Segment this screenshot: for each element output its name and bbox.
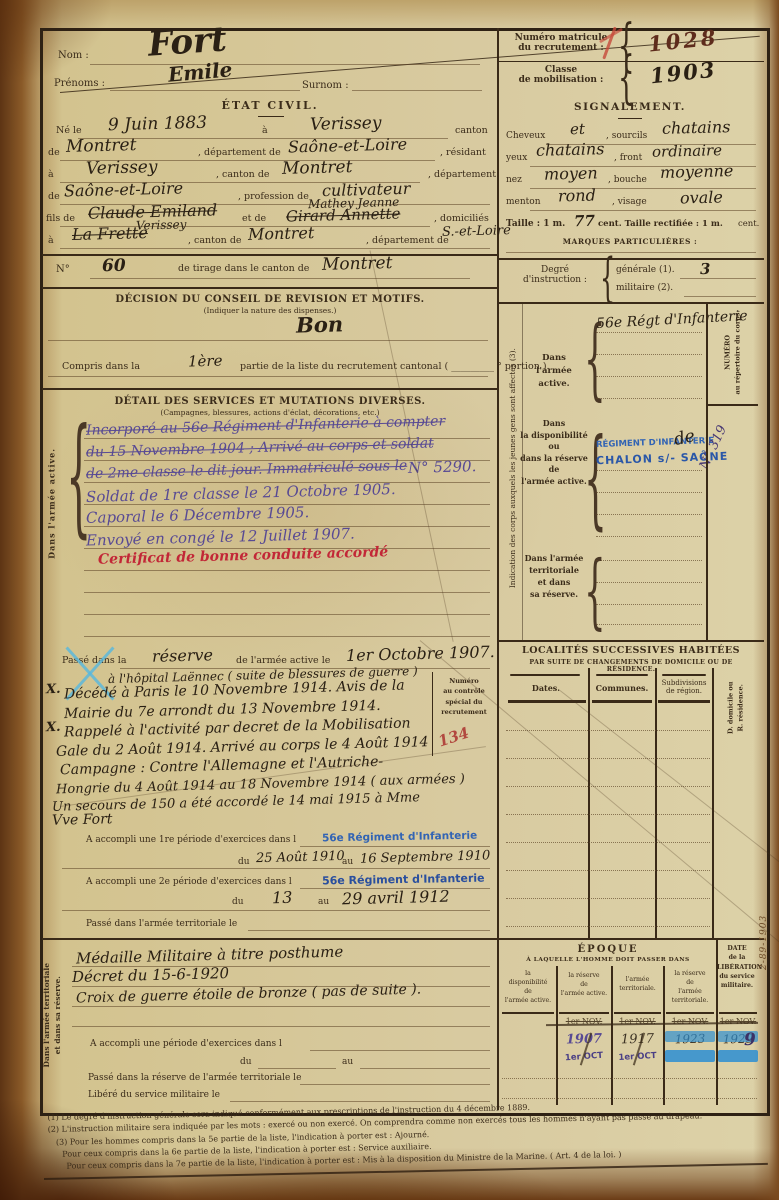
x-mark: X. [46, 682, 61, 697]
printed-date-nov: 1er NOV. [559, 1018, 609, 1027]
departement-value: S.-et-Loire [442, 223, 511, 240]
section-divider [499, 938, 764, 940]
yeux-label: yeux [506, 154, 527, 164]
rule-line [596, 560, 702, 561]
cheveux-value: et [570, 120, 585, 138]
fils-de-label: fils de [46, 214, 75, 224]
rule-line [90, 278, 470, 279]
rule-line [60, 248, 490, 249]
rule-line [110, 90, 300, 91]
a-label: à [48, 170, 54, 180]
canton-value: Montret [66, 135, 137, 157]
du-label: du [232, 898, 244, 908]
yeux-value: chatains [536, 139, 605, 160]
title-dash [258, 116, 284, 117]
epoque-header-underline [719, 1012, 757, 1014]
rule-line [596, 604, 702, 605]
rule-line [360, 1068, 490, 1069]
rule-line [596, 470, 702, 471]
passe-reserve-value: réserve [152, 645, 213, 666]
section-divider [499, 640, 764, 642]
sourcils-value: chatains [662, 117, 731, 138]
epoque-header-underline [666, 1012, 714, 1014]
front-label: , front [614, 154, 642, 164]
brace-decoration: { [584, 544, 606, 640]
blue-redaction-bar [665, 1031, 715, 1042]
date-liberation-header: DATE de la LIBÉRATION du service militai… [717, 944, 757, 990]
decision-subtitle: (Indiquer la nature des dispenses.) [120, 307, 420, 315]
marques-label: MARQUES PARTICULIÈRES : [540, 238, 720, 246]
classe-label: Classe de mobilisation : [505, 66, 617, 86]
x-mark: X. [46, 720, 61, 735]
rule-line [248, 930, 490, 931]
rule-line [62, 868, 490, 869]
rule-line [230, 1101, 490, 1102]
bouche-value: moyenne [660, 161, 734, 182]
du-label: du [238, 858, 250, 868]
col-dates-header: Dates. [506, 684, 586, 693]
militaire-label: militaire (2). [616, 284, 673, 294]
decision-title: DÉCISION DU CONSEIL DE REVISION ET MOTIF… [70, 294, 470, 305]
rule-line [530, 210, 756, 211]
rule-line [596, 624, 702, 625]
rule-line [84, 592, 490, 593]
epoque-col3-header: l'armée territoriale. [612, 976, 663, 994]
epoque-value: 1917 [614, 1031, 661, 1047]
epoque-header-underline [502, 1012, 554, 1014]
title-dash [618, 118, 642, 119]
numero-col-divider [706, 304, 708, 640]
epoque-header-underline [614, 1012, 661, 1014]
mother-name-struck: Girard Annette [286, 205, 401, 226]
rule-line [596, 398, 702, 399]
compris-value: 1ère [188, 352, 223, 371]
departement-value: Saône-et-Loire [288, 134, 408, 156]
instruction-label: Degré d'instruction : [510, 266, 600, 286]
passe-reserve-mid: de l'armée active le [236, 656, 330, 666]
table-row-line [506, 898, 710, 899]
rule-line [310, 1050, 490, 1051]
tirage-canton-value: Montret [322, 253, 393, 275]
services-side-label: Dans l'armée active. [48, 423, 57, 583]
rule-line [72, 1006, 490, 1007]
scanned-military-record: { "colors": {"paper":"#d3c491","ink":"#2… [0, 0, 779, 1200]
header-underline [658, 700, 710, 703]
compris-pre: Compris dans la [62, 362, 140, 372]
tirage-text: de tirage dans le canton de [178, 264, 309, 274]
section-divider [42, 388, 497, 390]
rule-line [258, 1068, 336, 1069]
numero-tirage-label: N° [56, 264, 70, 275]
blue-redaction-bar [665, 1050, 715, 1062]
periode-t-label: A accompli une période d'exercices dans … [90, 1040, 282, 1050]
nom-label: Nom : [58, 50, 89, 61]
passe-territoriale-label: Passé dans l'armée territoriale le [86, 920, 237, 930]
table-row-line [502, 1098, 757, 1099]
table-row-line [506, 786, 710, 787]
corps-active-label: Dans l'armée active. [524, 352, 584, 390]
rule-line [300, 846, 490, 847]
epoque-col4-header: la réserve de l'armée territoriale. [664, 970, 716, 1006]
generale-value: 3 [700, 260, 711, 278]
death-line: Vve Fort [52, 811, 113, 829]
birth-place: Verissey [310, 113, 382, 135]
rule-line [84, 636, 490, 637]
nez-value: moyen [544, 163, 598, 183]
menton-label: menton [506, 198, 541, 208]
table-row-line [506, 926, 710, 927]
rule-line [506, 252, 756, 253]
table-row-line [506, 842, 710, 843]
bouche-label: , bouche [608, 176, 647, 186]
de-label: de [48, 192, 60, 202]
canton-label: , canton de [188, 236, 242, 246]
epoque-subtitle: À LAQUELLE L'HOMME DOIT PASSER DANS [500, 957, 716, 963]
etat-civil-title: ÉTAT CIVIL. [140, 100, 400, 112]
rule-line [596, 492, 702, 493]
section-divider [42, 287, 497, 289]
periode2-label: A accompli une 2e période d'exercices da… [86, 878, 292, 888]
corps-territoriale-label: Dans l'armée territoriale et dans sa rés… [520, 552, 588, 600]
rule-line [352, 90, 482, 91]
controle-label: Numéro au contrôle spécial du recrutemen… [434, 676, 494, 718]
residence-place: Verissey [86, 157, 158, 179]
periode1-label: A accompli une 1re période d'exercices d… [86, 836, 296, 846]
rule-line [596, 376, 702, 377]
dispo-handwritten: de [672, 426, 697, 450]
canton-label: canton [455, 126, 488, 136]
rule-line [48, 376, 488, 377]
ne-le-label: Né le [56, 126, 82, 136]
blue-redaction-bar [718, 1050, 758, 1062]
epoque-title: ÉPOQUE [500, 944, 716, 955]
residant-label: , résidant [440, 148, 486, 158]
col-communes-header: Communes. [590, 684, 654, 693]
numero-col-footer [706, 404, 758, 406]
generale-label: générale (1). [616, 266, 675, 276]
handwritten-nine: 9 [744, 1030, 756, 1050]
front-value: ordinaire [652, 141, 723, 161]
reserve-t-label: Passé dans la réserve de l'armée territo… [88, 1074, 301, 1084]
epoque-header-underline [559, 1012, 609, 1014]
rule-line [596, 354, 702, 355]
header-rule [510, 674, 580, 676]
rule-line [596, 536, 702, 537]
rule-line [84, 570, 490, 571]
corps-side-label: Indication des corps auxquels les jeunes… [509, 298, 517, 638]
table-row-line [502, 1078, 757, 1079]
taille-value: 77 [574, 212, 595, 231]
au-label: au [342, 858, 353, 868]
cent-label: cent. [738, 220, 759, 229]
rule-line [684, 296, 756, 297]
header-rule [596, 674, 648, 676]
header-underline [592, 700, 652, 703]
departement-value: Saône-et-Loire [64, 178, 184, 200]
table-row-line [506, 758, 710, 759]
rule-line [72, 1026, 490, 1027]
matricule-label: Numéro matricule du recrutement : [505, 34, 617, 54]
surnom-label: Surnom : [302, 80, 349, 91]
table-row-line [506, 814, 710, 815]
header-rule [662, 674, 706, 676]
services-title: DÉTAIL DES SERVICES ET MUTATIONS DIVERSE… [70, 396, 470, 407]
localites-subtitle: PAR SUITE DE CHANGEMENTS DE DOMICILE OU … [506, 660, 756, 674]
section-divider [499, 258, 764, 260]
rule-line [300, 1084, 490, 1085]
libere-label: Libéré du service militaire le [88, 1091, 220, 1101]
localites-title: LOCALITÉS SUCCESSIVES HABITÉES [506, 646, 756, 656]
sourcils-label: , sourcils [606, 132, 647, 142]
nez-label: nez [506, 176, 522, 186]
visage-value: ovale [680, 187, 723, 207]
domicilies-label: , domiciliés [434, 214, 489, 224]
table-row-line [506, 870, 710, 871]
departement-label: , département [428, 170, 496, 180]
du-label: du [240, 1058, 252, 1068]
margin-print-mark: 2-89-1903 [760, 840, 770, 970]
rule-line [596, 582, 702, 583]
rule-line [62, 910, 490, 911]
passe-reserve-date: 1er Octobre 1907. [346, 642, 495, 665]
decision-value: Bon [296, 311, 344, 337]
territoriale-side-label: Dans l'armée territoriale et dans sa rés… [41, 929, 64, 1101]
visage-label: , visage [612, 198, 647, 208]
canton-value: Montret [248, 223, 315, 244]
brace-decoration: { [584, 419, 607, 542]
periode2-to: 29 avril 1912 [342, 887, 450, 909]
canton-label: , canton de [216, 170, 270, 180]
canton-value: Montret [282, 157, 353, 179]
birth-date: 9 Juin 1883 [108, 113, 208, 136]
profession-label: , profession de [238, 192, 309, 202]
rule-line [596, 514, 702, 515]
au-label: au [318, 898, 329, 908]
prenoms-label: Prénoms : [54, 78, 105, 89]
domicile-inserted: Verissey [136, 217, 187, 232]
column-divider [497, 28, 499, 1110]
localites-col-divider [712, 668, 714, 938]
departement-label: , département de [198, 148, 281, 158]
periode1-from: 25 Août 1910 [256, 849, 345, 866]
numero-tirage-value: 60 [102, 256, 126, 277]
et-de-label: et de [242, 214, 266, 224]
section-divider [42, 938, 497, 940]
a-label: à [48, 236, 54, 246]
taille-label: Taille : 1 m. [506, 220, 565, 230]
a-label: à [262, 126, 268, 136]
rule-line [48, 340, 488, 341]
signalement-title: SIGNALEMENT. [520, 102, 740, 114]
footnotes-block: (1) Le degré d'instruction générale sera… [47, 1099, 770, 1172]
epoque-col2-header: la réserve de l'armée active. [557, 972, 611, 999]
numero-repertoire-label: NUMÉRO au répertoire du corps. [723, 299, 744, 405]
epoque-value: 1907 [559, 1031, 609, 1047]
brace-decoration: { [600, 247, 615, 309]
table-row-line [506, 730, 710, 731]
col-side-header: D. domicile ou R. résidence. [726, 664, 746, 752]
col-subdivisions-header: Subdivisions de région. [656, 680, 712, 695]
taille-rectifiee-label: cent. Taille rectifiée : 1 m. [598, 220, 723, 229]
departement-label: , département de [366, 236, 449, 246]
au-label: au [342, 1058, 353, 1068]
menton-value: rond [558, 186, 596, 206]
rule-line [84, 614, 490, 615]
corps-dispo-label: Dans la disponibilité ou dans la réserve… [520, 418, 588, 488]
rule-line [596, 332, 702, 333]
periode2-from: 13 [272, 888, 293, 908]
epoque-col1-header: la disponibilité de l'armée active. [500, 970, 556, 1006]
rule-line [680, 278, 756, 279]
de-label: de [48, 148, 60, 158]
